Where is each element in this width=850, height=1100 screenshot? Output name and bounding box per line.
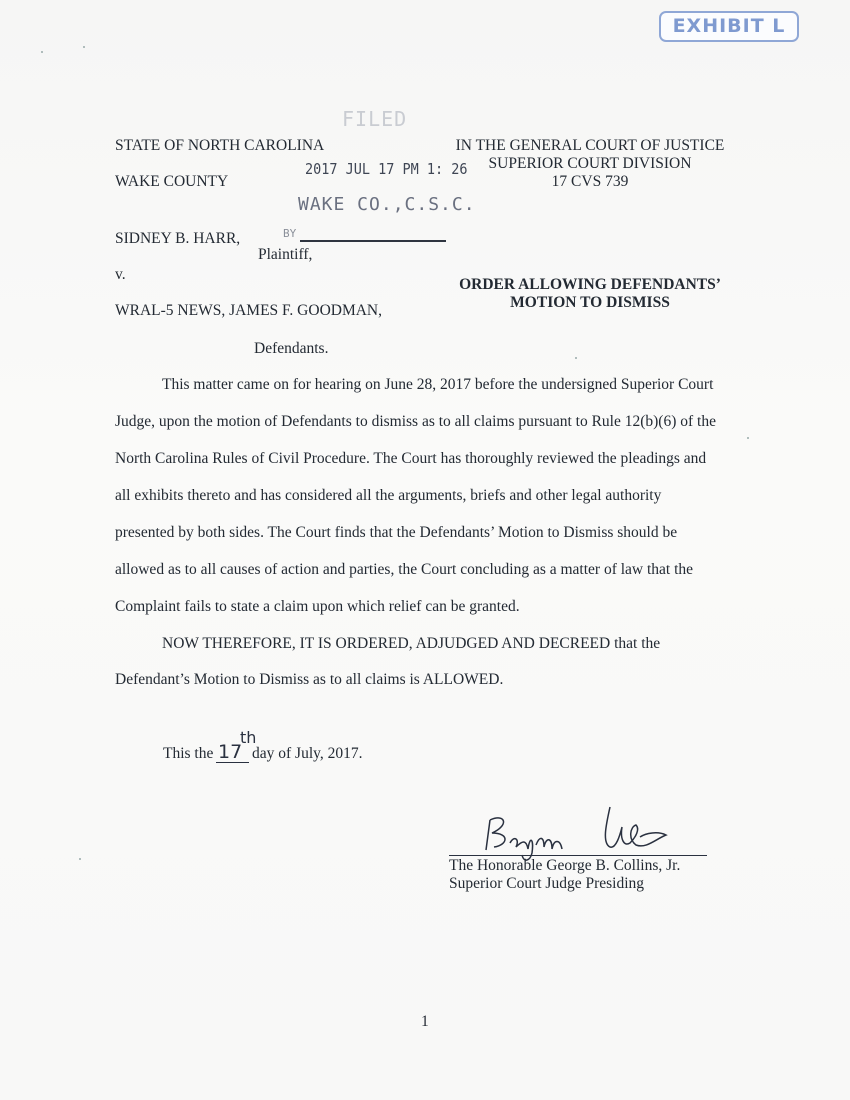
caption-state: STATE OF NORTH CAROLINA	[115, 137, 324, 155]
caption-court: IN THE GENERAL COURT OF JUSTICE	[440, 137, 740, 155]
body-line: presented by both sides. The Court finds…	[115, 524, 677, 542]
scan-speck	[83, 46, 85, 48]
body-line: Judge, upon the motion of Defendants to …	[115, 413, 716, 431]
page-number: 1	[421, 1013, 429, 1031]
dating-prefix: This the	[163, 745, 213, 763]
scan-speck	[79, 858, 81, 860]
defendant-label: Defendants.	[254, 340, 328, 358]
plaintiff-name: SIDNEY B. HARR,	[115, 230, 240, 248]
order-title-line2: MOTION TO DISMISS	[440, 294, 740, 312]
body-line: North Carolina Rules of Civil Procedure.…	[115, 450, 706, 468]
filed-by-line	[300, 240, 446, 242]
scan-speck	[575, 357, 577, 359]
exhibit-label: EXHIBIT L	[659, 11, 799, 42]
document-page: EXHIBIT L FILED 2017 JUL 17 PM 1: 26 WAK…	[0, 0, 850, 1100]
handwritten-day: 17	[218, 741, 242, 763]
body-line: allowed as to all causes of action and p…	[115, 561, 693, 579]
order-title-line1: ORDER ALLOWING DEFENDANTS’	[440, 276, 740, 294]
decree-line: NOW THEREFORE, IT IS ORDERED, ADJUDGED A…	[162, 635, 660, 653]
scan-speck	[41, 51, 43, 53]
plaintiff-label: Plaintiff,	[258, 246, 312, 264]
scan-speck	[747, 437, 749, 439]
body-line: Complaint fails to state a claim upon wh…	[115, 598, 520, 616]
body-line: all exhibits thereto and has considered …	[115, 487, 661, 505]
filed-by-stamp: BY	[283, 227, 296, 240]
decree-line: Defendant’s Motion to Dismiss as to all …	[115, 671, 503, 689]
caption-case-number: 17 CVS 739	[440, 173, 740, 191]
filed-office-stamp: WAKE CO.,C.S.C.	[298, 194, 476, 215]
signer-role: Superior Court Judge Presiding	[449, 875, 644, 893]
filed-stamp: FILED	[342, 107, 407, 131]
caption-county: WAKE COUNTY	[115, 173, 228, 191]
dating-suffix: day of July, 2017.	[252, 745, 363, 763]
signer-name: The Honorable George B. Collins, Jr.	[449, 857, 680, 875]
body-line: This matter came on for hearing on June …	[162, 376, 713, 394]
versus: v.	[115, 266, 126, 284]
defendant-names: WRAL-5 NEWS, JAMES F. GOODMAN,	[115, 302, 382, 320]
signature-line	[449, 855, 707, 856]
caption-division: SUPERIOR COURT DIVISION	[440, 155, 740, 173]
judge-signature	[470, 805, 700, 865]
